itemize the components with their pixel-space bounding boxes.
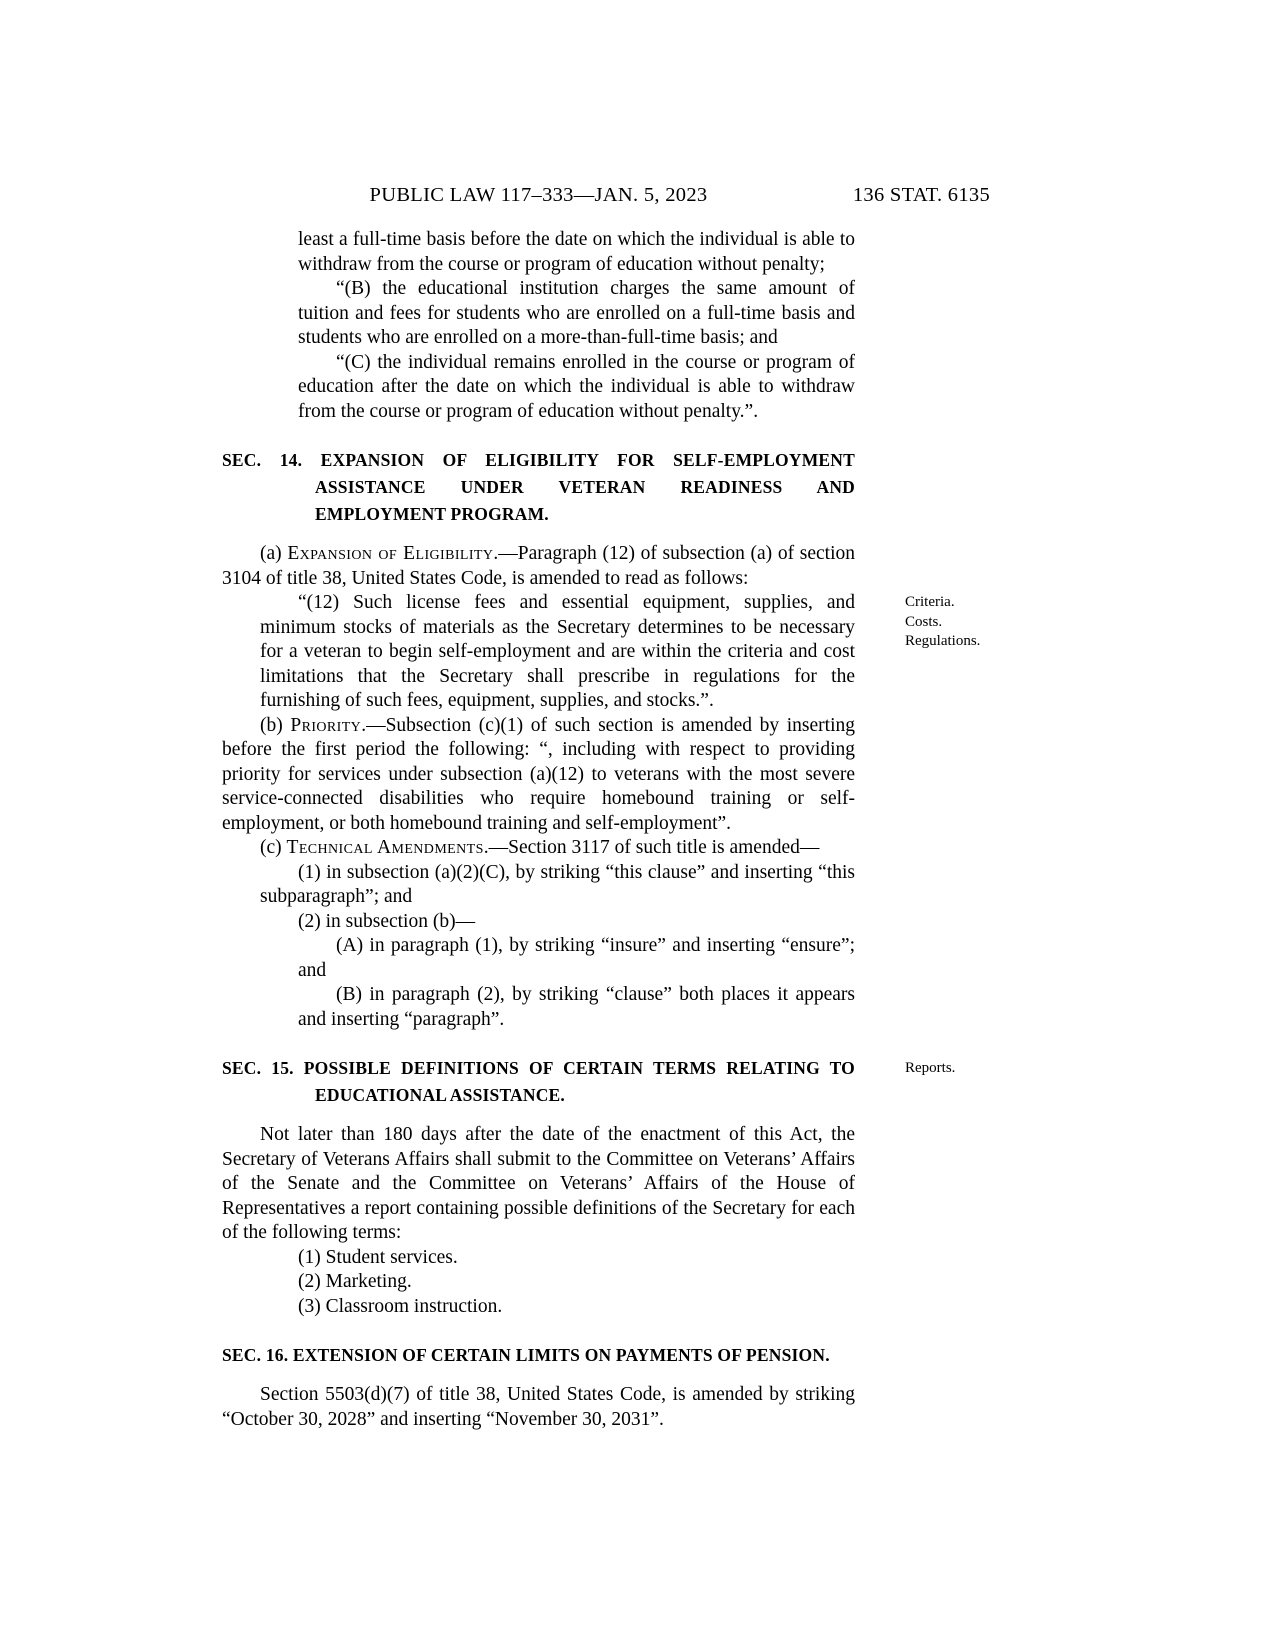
quoted-clause-c: “(C) the individual remains enrolled in … [298, 351, 855, 425]
margin-note-line-reports: Reports. [905, 1059, 1040, 1079]
statute-page: PUBLIC LAW 117–333—JAN. 5, 2023 136 STAT… [0, 0, 1275, 1650]
para-c-catchline: Technical Amendments [287, 837, 484, 858]
margin-note-criteria-costs-regulations: Criteria. Costs. Regulations. [905, 593, 1040, 652]
sec-14-item-2b: (B) in paragraph (2), by striking “claus… [298, 983, 855, 1032]
margin-note-line-costs: Costs. [905, 613, 1040, 633]
para-c-number: (c) [260, 837, 287, 858]
quote-12-text: “(12) Such license fees and essential eq… [260, 592, 855, 711]
law-title: PUBLIC LAW 117–333—JAN. 5, 2023 [222, 184, 855, 207]
sec-14-heading: SEC. 14. EXPANSION OF ELIGIBILITY FOR SE… [222, 447, 855, 528]
margin-note-line-criteria: Criteria. [905, 593, 1040, 613]
stat-citation: 136 STAT. 6135 [853, 184, 990, 207]
sec-14-item-1: (1) in subsection (a)(2)(C), by striking… [260, 861, 855, 910]
sec-15-heading-text: SEC. 15. POSSIBLE DEFINITIONS OF CERTAIN… [222, 1058, 855, 1105]
para-c-text: .—Section 3117 of such title is amended— [484, 837, 820, 858]
quoted-clause-b: “(B) the educational institution charges… [298, 277, 855, 351]
sec-15-heading: SEC. 15. POSSIBLE DEFINITIONS OF CERTAIN… [222, 1055, 855, 1109]
sec-15-para: Not later than 180 days after the date o… [222, 1123, 855, 1246]
para-a-catchline: Expansion of Eligibility [287, 543, 493, 564]
sec-16-para: Section 5503(d)(7) of title 38, United S… [222, 1383, 855, 1432]
quoted-clause-continuation: least a full-time basis before the date … [298, 228, 855, 277]
sec-14-quote-12: “(12) Such license fees and essential eq… [260, 591, 855, 714]
margin-note-reports: Reports. [905, 1059, 1040, 1079]
margin-note-line-regulations: Regulations. [905, 632, 1040, 652]
para-b-number: (b) [260, 715, 290, 736]
para-b-catchline: Priority [290, 715, 361, 736]
sec-14-item-2a: (A) in paragraph (1), by striking “insur… [298, 934, 855, 983]
sec-14-para-a: (a) Expansion of Eligibility.—Paragraph … [222, 542, 855, 591]
body-text-column: least a full-time basis before the date … [222, 228, 855, 1432]
sec-15-item-2: (2) Marketing. [260, 1270, 855, 1295]
sec-15-item-1: (1) Student services. [260, 1246, 855, 1271]
page-header: PUBLIC LAW 117–333—JAN. 5, 2023 136 STAT… [222, 184, 990, 210]
sec-14-para-b: (b) Priority.—Subsection (c)(1) of such … [222, 714, 855, 837]
sec-16-heading: SEC. 16. EXTENSION OF CERTAIN LIMITS ON … [222, 1342, 855, 1369]
sec-14-para-c: (c) Technical Amendments.—Section 3117 o… [222, 836, 855, 861]
sec-15-item-3: (3) Classroom instruction. [260, 1295, 855, 1320]
para-a-number: (a) [260, 543, 287, 564]
sec-14-item-2: (2) in subsection (b)— [260, 910, 855, 935]
